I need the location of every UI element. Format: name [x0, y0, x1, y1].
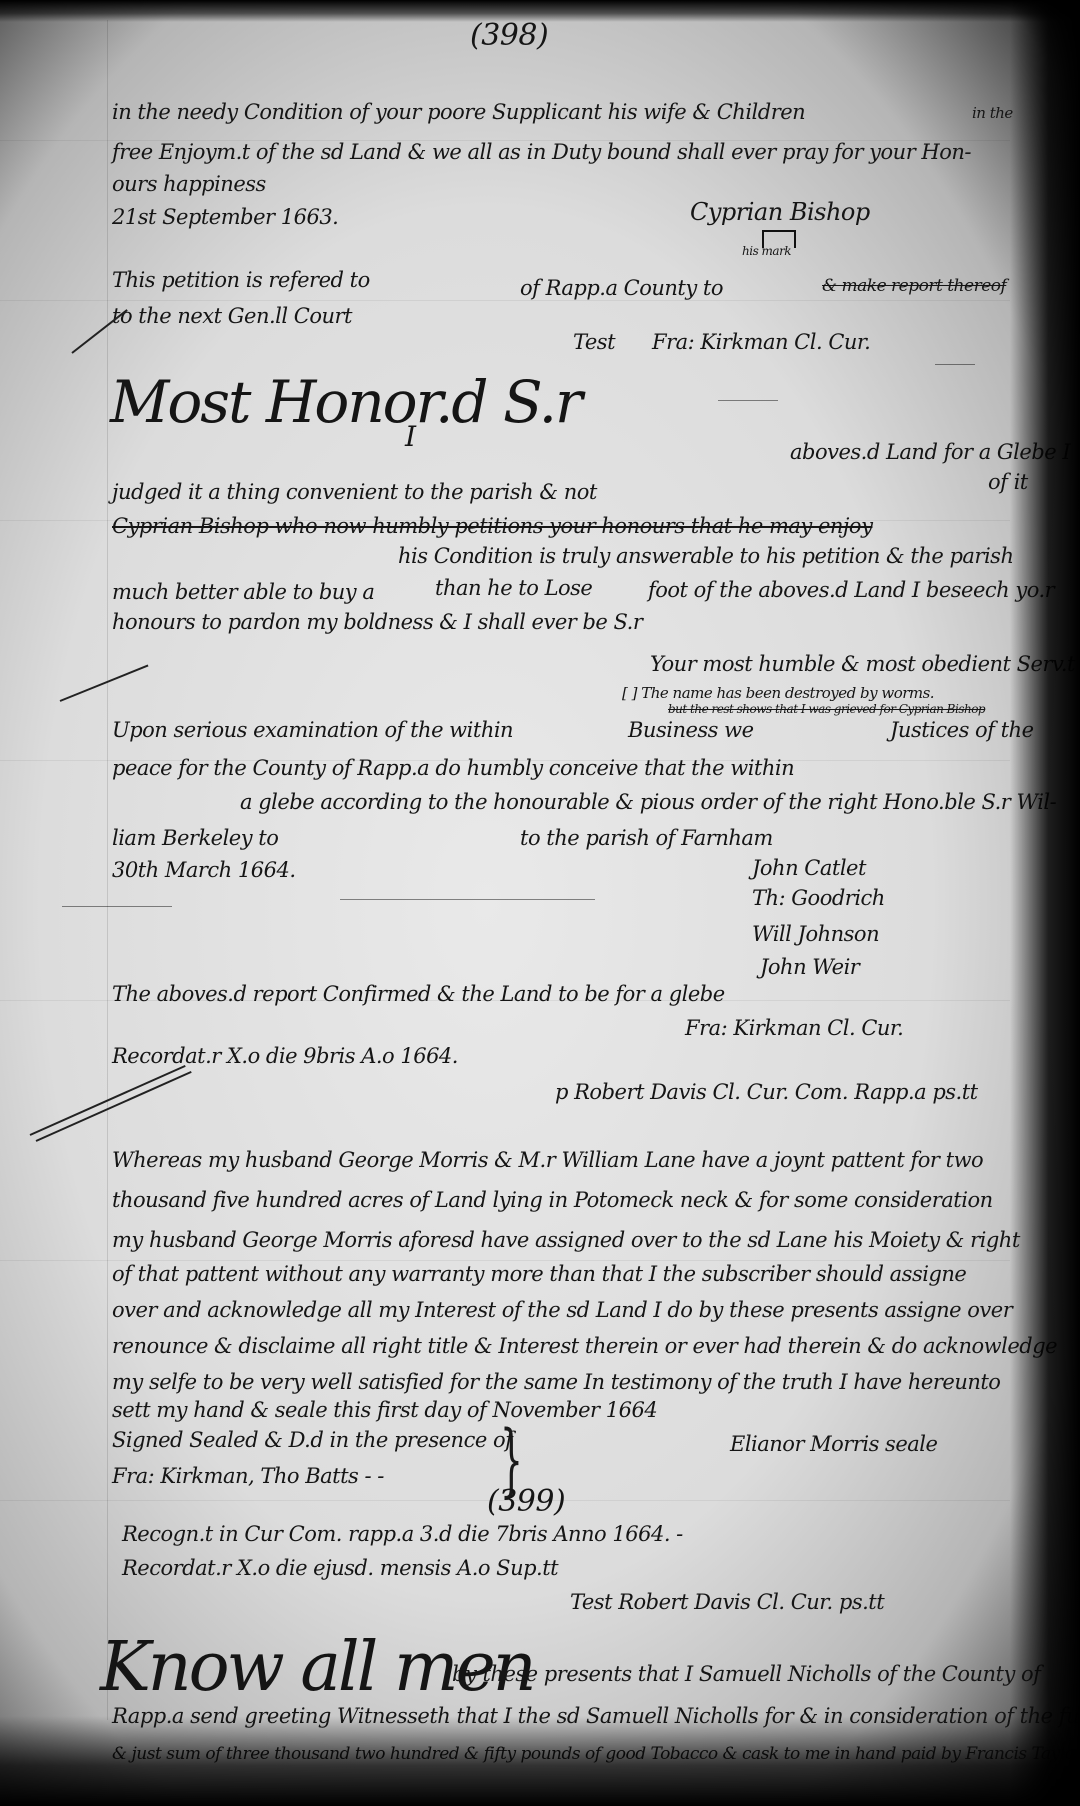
report-line-1b: Business we: [628, 718, 754, 742]
dash: [718, 400, 778, 401]
scan-edge-bottom: [0, 1716, 1080, 1806]
flourish-stroke: [71, 309, 127, 354]
deed-witness-label: Signed Sealed & D.d in the presence of: [112, 1428, 512, 1452]
dash: [935, 364, 975, 365]
deed-line-6: renounce & disclaime all right title & I…: [112, 1334, 1057, 1358]
letter-line-5: honours to pardon my boldness & I shall …: [112, 610, 642, 634]
deed-witnesses: Fra: Kirkman, Tho Batts - -: [112, 1464, 384, 1488]
letter-line-4a: much better able to buy a: [112, 580, 374, 604]
deed-line-5: over and acknowledge all my Interest of …: [112, 1298, 1012, 1322]
justice-signature-4: John Weir: [760, 955, 859, 979]
deed-line-4: of that pattent without any warranty mor…: [112, 1262, 966, 1286]
separator: [340, 899, 595, 900]
confirmation-recorder: p Robert Davis Cl. Cur. Com. Rapp.a ps.t…: [555, 1080, 978, 1104]
referral-line-2: to the next Gen.ll Court: [112, 304, 352, 328]
referral-line-1: This petition is refered to: [112, 268, 370, 292]
referral-county: of Rapp.a County to: [520, 276, 723, 300]
deed-line-7: my selfe to be very well satisfied for t…: [112, 1370, 1000, 1394]
referral-report-note: & make report thereof: [822, 276, 1006, 296]
deed-acknowledged: Recogn.t in Cur Com. rapp.a 3.d die 7bri…: [122, 1522, 683, 1546]
report-date: 30th March 1664.: [112, 858, 296, 882]
letter-line-1: judged it a thing convenient to the pari…: [112, 480, 597, 504]
deed-line-8: sett my hand & seale this first day of N…: [112, 1398, 657, 1422]
petition-line-2: free Enjoym.t of the sd Land & we all as…: [112, 140, 971, 164]
referral-attest: Test: [573, 330, 615, 354]
referral-clerk: Fra: Kirkman Cl. Cur.: [652, 330, 870, 354]
scan-edge-top: [0, 0, 1080, 22]
page-number-top: (398): [470, 18, 548, 53]
ruled-line: [0, 1260, 1010, 1261]
page-number-bottom: (399): [487, 1484, 565, 1519]
report-line-5: to the parish of Farnham: [520, 826, 773, 850]
sale-line-1: by these presents that I Samuell Nicholl…: [452, 1662, 1040, 1686]
deed-line-2: thousand five hundred acres of Land lyin…: [112, 1188, 993, 1212]
flourish-stroke: [36, 1071, 192, 1142]
petition-line-3: ours happiness: [112, 172, 266, 196]
deed-attest: Test Robert Davis Cl. Cur. ps.tt: [570, 1590, 884, 1614]
confirmation-signature: Fra: Kirkman Cl. Cur.: [685, 1016, 903, 1040]
editor-note: [ ] The name has been destroyed by worms…: [622, 684, 934, 702]
margin-rule: [107, 20, 108, 1720]
confirmation-line: The aboves.d report Confirmed & the Land…: [112, 982, 725, 1006]
letter-salutation: Most Honor.d S.r: [110, 368, 581, 436]
letter-line-3: his Condition is truly answerable to his…: [398, 544, 1014, 568]
manuscript-page: (398) in the needy Condition of your poo…: [0, 0, 1080, 1806]
petition-margin-note: in the: [972, 104, 1013, 122]
letter-line-4b: than he to Lose: [435, 576, 592, 600]
letter-line-2: Cyprian Bishop who now humbly petitions …: [112, 514, 872, 538]
deed-line-1: Whereas my husband George Morris & M.r W…: [112, 1148, 983, 1172]
ruled-line: [0, 300, 1010, 301]
report-line-1: Upon serious examination of the within: [112, 718, 513, 742]
editor-note-2: but the rest shows that I was grieved fo…: [668, 702, 985, 716]
petition-line-1: in the needy Condition of your poore Sup…: [112, 100, 805, 124]
deed-signature: Elianor Morris seale: [730, 1432, 937, 1456]
justice-signature-1: John Catlet: [752, 856, 866, 880]
justice-signature-2: Th: Goodrich: [752, 886, 885, 910]
petitioner-signature: Cyprian Bishop: [690, 198, 870, 226]
letter-initial: I: [405, 420, 416, 453]
deed-line-3: my husband George Morris aforesd have as…: [112, 1228, 1020, 1252]
letter-line-4c: foot of the aboves.d Land I beseech yo.r: [648, 578, 1054, 602]
separator: [62, 906, 172, 907]
flourish-stroke: [60, 664, 149, 701]
report-line-2: peace for the County of Rapp.a do humbly…: [112, 756, 794, 780]
signature-mark-label: his mark: [742, 244, 791, 258]
confirmation-recorded: Recordat.r X.o die 9bris A.o 1664.: [112, 1044, 458, 1068]
deed-recorded: Recordat.r X.o die ejusd. mensis A.o Sup…: [122, 1556, 558, 1580]
justice-signature-3: Will Johnson: [752, 922, 879, 946]
report-line-3: a glebe according to the honourable & pi…: [240, 790, 1056, 814]
scan-edge-right: [1010, 0, 1080, 1806]
report-line-4: liam Berkeley to: [112, 826, 278, 850]
petition-date: 21st September 1663.: [112, 205, 338, 229]
